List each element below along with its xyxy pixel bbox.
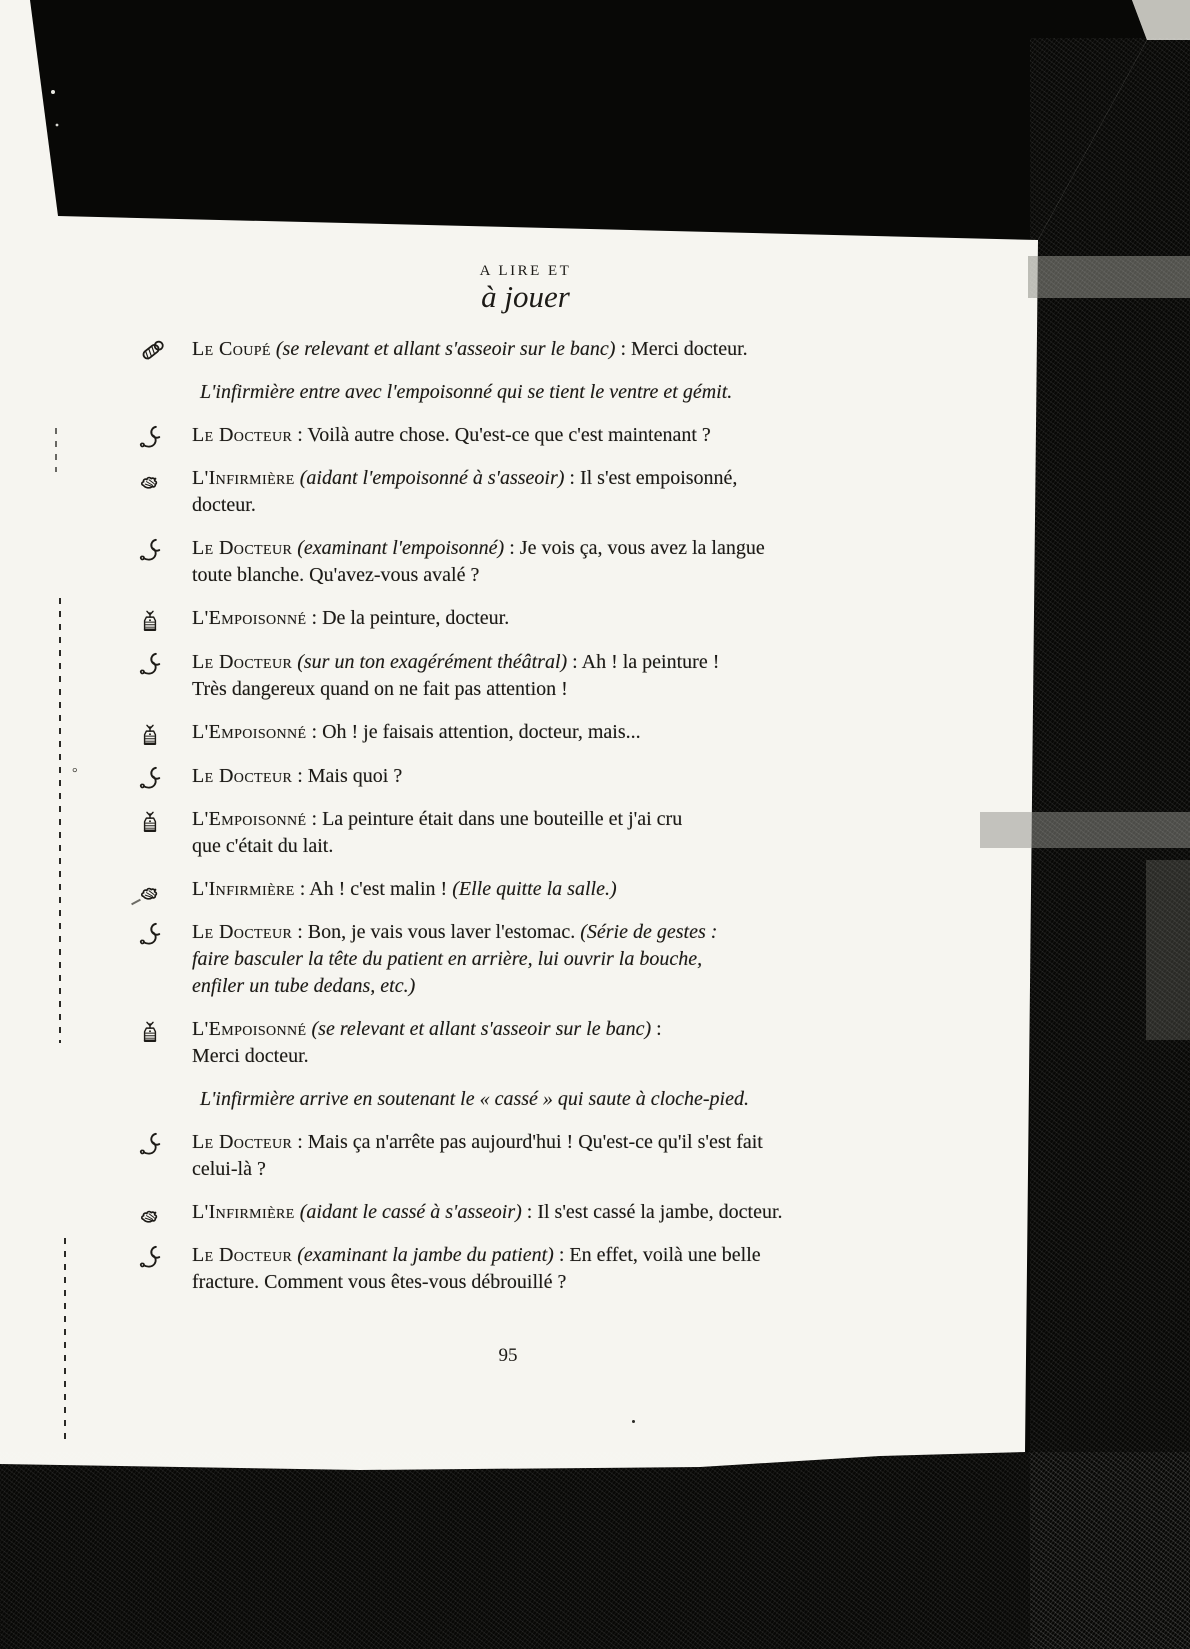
speaker-name: Le Docteur [192,537,292,559]
dialogue-entry: L'Empoisonné (se relevant et allant s'as… [138,1016,913,1070]
entry-text: Le Docteur : Bon, je vais vous laver l'e… [192,919,913,1000]
entry-text: Le Docteur (sur un ton exagérément théât… [192,649,913,703]
speaker-name: Le Docteur [192,424,292,446]
speaker-name: Le Docteur [192,921,292,943]
stethoscope-icon [138,535,192,589]
stage-note-text: (se relevant et allant s'asseoir sur le … [307,1018,652,1040]
line-text: : De la peinture, docteur. [307,607,510,629]
speaker-name: Le Docteur [192,765,292,787]
icon-spacer [138,379,192,406]
line-text: : Mais ça n'arrête pas aujourd'hui ! Qu'… [292,1131,763,1153]
entry-text: L'infirmière entre avec l'empoisonné qui… [192,379,913,406]
line-text: Merci docteur. [192,1045,309,1067]
dialogue-entry: L'Infirmière : Ah ! c'est malin ! (Elle … [138,876,913,903]
line-text: : Oh ! je faisais attention, docteur, ma… [307,721,641,743]
entry-text: Le Docteur : Mais ça n'arrête pas aujour… [192,1129,913,1183]
scan-border-top [30,0,1147,240]
entry-text: Le Docteur (examinant l'empoisonné) : Je… [192,535,913,589]
entry-text: L'Infirmière : Ah ! c'est malin ! (Elle … [192,876,913,903]
margin-speck: ° [72,766,78,782]
stage-note-text: (aidant l'empoisonné à s'asseoir) [295,467,565,489]
stage-note-text: (examinant l'empoisonné) [292,537,504,559]
poison-bottle-icon [138,1016,192,1070]
nurse-icon [138,876,192,903]
stage-note-text: (Série de gestes : [580,921,717,943]
nurse-icon [138,465,192,519]
stethoscope-icon [138,1242,192,1296]
stage-note-text: (Elle quitte la salle.) [452,878,616,900]
scan-border-bottom [0,1452,1032,1649]
dialogue-entry: L'Infirmière (aidant l'empoisonné à s'as… [138,465,913,519]
scan-speck-1 [51,90,55,94]
entry-text: Le Docteur : Voilà autre chose. Qu'est-c… [192,422,913,449]
line-text: : En effet, voilà une belle [554,1244,761,1266]
stage-direction: L'infirmière entre avec l'empoisonné qui… [138,379,913,406]
entry-text: Le Docteur : Mais quoi ? [192,763,913,790]
entry-text: L'Empoisonné : De la peinture, docteur. [192,605,913,633]
entry-text: L'Infirmière (aidant l'empoisonné à s'as… [192,465,913,519]
dialogue-entry: Le Coupé (se relevant et allant s'asseoi… [138,336,913,363]
poison-bottle-icon [138,719,192,747]
line-text: Très dangereux quand on ne fait pas atte… [192,678,568,700]
line-text: : Ah ! c'est malin ! [295,878,452,900]
speaker-name: L'Empoisonné [192,808,307,830]
page-number: 95 [138,1345,878,1367]
stage-direction: L'infirmière arrive en soutenant le « ca… [138,1086,913,1113]
dialogue-entry: L'Empoisonné : La peinture était dans un… [138,806,913,860]
scan-gray-streak-1 [1028,256,1190,298]
scan-gray-streak-3 [1146,860,1190,1040]
dialogue-entry: Le Docteur : Bon, je vais vous laver l'e… [138,919,913,1000]
speaker-name: L'Empoisonné [192,1018,307,1040]
scan-speck-2 [56,124,59,127]
speaker-name: L'Infirmière [192,467,295,489]
poison-bottle-icon [138,806,192,860]
stage-note-text: L'infirmière entre avec l'empoisonné qui… [200,381,732,403]
scan-gray-streak-2 [980,812,1190,848]
page-content: A LIRE ET à jouer Le Coupé (se relevant … [138,258,913,1312]
line-text: que c'était du lait. [192,835,333,857]
entry-text: Le Docteur (examinant la jambe du patien… [192,1242,913,1296]
line-text: celui-là ? [192,1158,266,1180]
scan-fold-mark [55,428,57,472]
dialogue-entry: L'Infirmière (aidant le cassé à s'asseoi… [138,1199,913,1226]
stethoscope-icon [138,422,192,449]
speaker-name: Le Docteur [192,651,292,673]
stage-note-text: (aidant le cassé à s'asseoir) [295,1201,522,1223]
dialogue-entry: Le Docteur : Mais quoi ? [138,763,913,790]
scan-fold-mark [59,598,61,1043]
speaker-name: Le Coupé [192,338,271,360]
speaker-name: L'Infirmière [192,878,295,900]
speaker-name: Le Docteur [192,1131,292,1153]
stage-note-text: L'infirmière arrive en soutenant le « ca… [200,1088,749,1110]
stage-note-text: enfiler un tube dedans, etc.) [192,975,415,997]
nurse-icon [138,1199,192,1226]
entry-text: L'infirmière arrive en soutenant le « ca… [192,1086,913,1113]
dialogue-entry: L'Empoisonné : Oh ! je faisais attention… [138,719,913,747]
scan-fold-mark [64,1238,66,1446]
dialogue-entry: Le Docteur : Mais ça n'arrête pas aujour… [138,1129,913,1183]
speaker-name: L'Empoisonné [192,607,307,629]
dialogue-entry: Le Docteur : Voilà autre chose. Qu'est-c… [138,422,913,449]
speaker-name: Le Docteur [192,1244,292,1266]
line-text: docteur. [192,494,256,516]
page-header: A LIRE ET à jouer [138,262,913,314]
poison-bottle-icon [138,605,192,633]
stethoscope-icon [138,1129,192,1183]
line-text: : Voilà autre chose. Qu'est-ce que c'est… [292,424,711,446]
stage-note-text: (sur un ton exagérément théâtral) [292,651,567,673]
entry-text: L'Empoisonné (se relevant et allant s'as… [192,1016,913,1070]
line-text: : Mais quoi ? [292,765,402,787]
stage-note-text: faire basculer la tête du patient en arr… [192,948,702,970]
entry-text: L'Empoisonné : Oh ! je faisais attention… [192,719,913,747]
line-text: : Merci docteur. [615,338,747,360]
scanned-book-page: A LIRE ET à jouer Le Coupé (se relevant … [0,0,1190,1649]
stethoscope-icon [138,649,192,703]
line-text: toute blanche. Qu'avez-vous avalé ? [192,564,479,586]
line-text: fracture. Comment vous êtes-vous débroui… [192,1271,566,1293]
dialogue-entry: Le Docteur (sur un ton exagérément théât… [138,649,913,703]
dialogue-entry: Le Docteur (examinant la jambe du patien… [138,1242,913,1296]
line-text: : Il s'est empoisonné, [564,467,737,489]
stage-note-text: (se relevant et allant s'asseoir sur le … [271,338,616,360]
section-kicker: A LIRE ET [138,262,913,280]
bandaged-finger-icon [138,336,192,363]
dialogue-entry: Le Docteur (examinant l'empoisonné) : Je… [138,535,913,589]
speaker-name: L'Empoisonné [192,721,307,743]
line-text: : La peinture était dans une bouteille e… [307,808,683,830]
margin-speck [632,1420,635,1423]
stethoscope-icon [138,919,192,1000]
line-text: : Ah ! la peinture ! [567,651,719,673]
stethoscope-icon [138,763,192,790]
line-text: : [651,1018,662,1040]
icon-spacer [138,1086,192,1113]
line-text: : Je vois ça, vous avez la langue [504,537,764,559]
stage-note-text: (examinant la jambe du patient) [292,1244,554,1266]
entry-text: L'Infirmière (aidant le cassé à s'asseoi… [192,1199,913,1226]
page-title: à jouer [138,280,913,314]
line-text: : Il s'est cassé la jambe, docteur. [522,1201,783,1223]
entry-text: Le Coupé (se relevant et allant s'asseoi… [192,336,913,363]
entry-text: L'Empoisonné : La peinture était dans un… [192,806,913,860]
dialogue-entry: L'Empoisonné : De la peinture, docteur. [138,605,913,633]
speaker-name: L'Infirmière [192,1201,295,1223]
line-text: : Bon, je vais vous laver l'estomac. [292,921,580,943]
dialogue-list: Le Coupé (se relevant et allant s'asseoi… [138,336,913,1296]
